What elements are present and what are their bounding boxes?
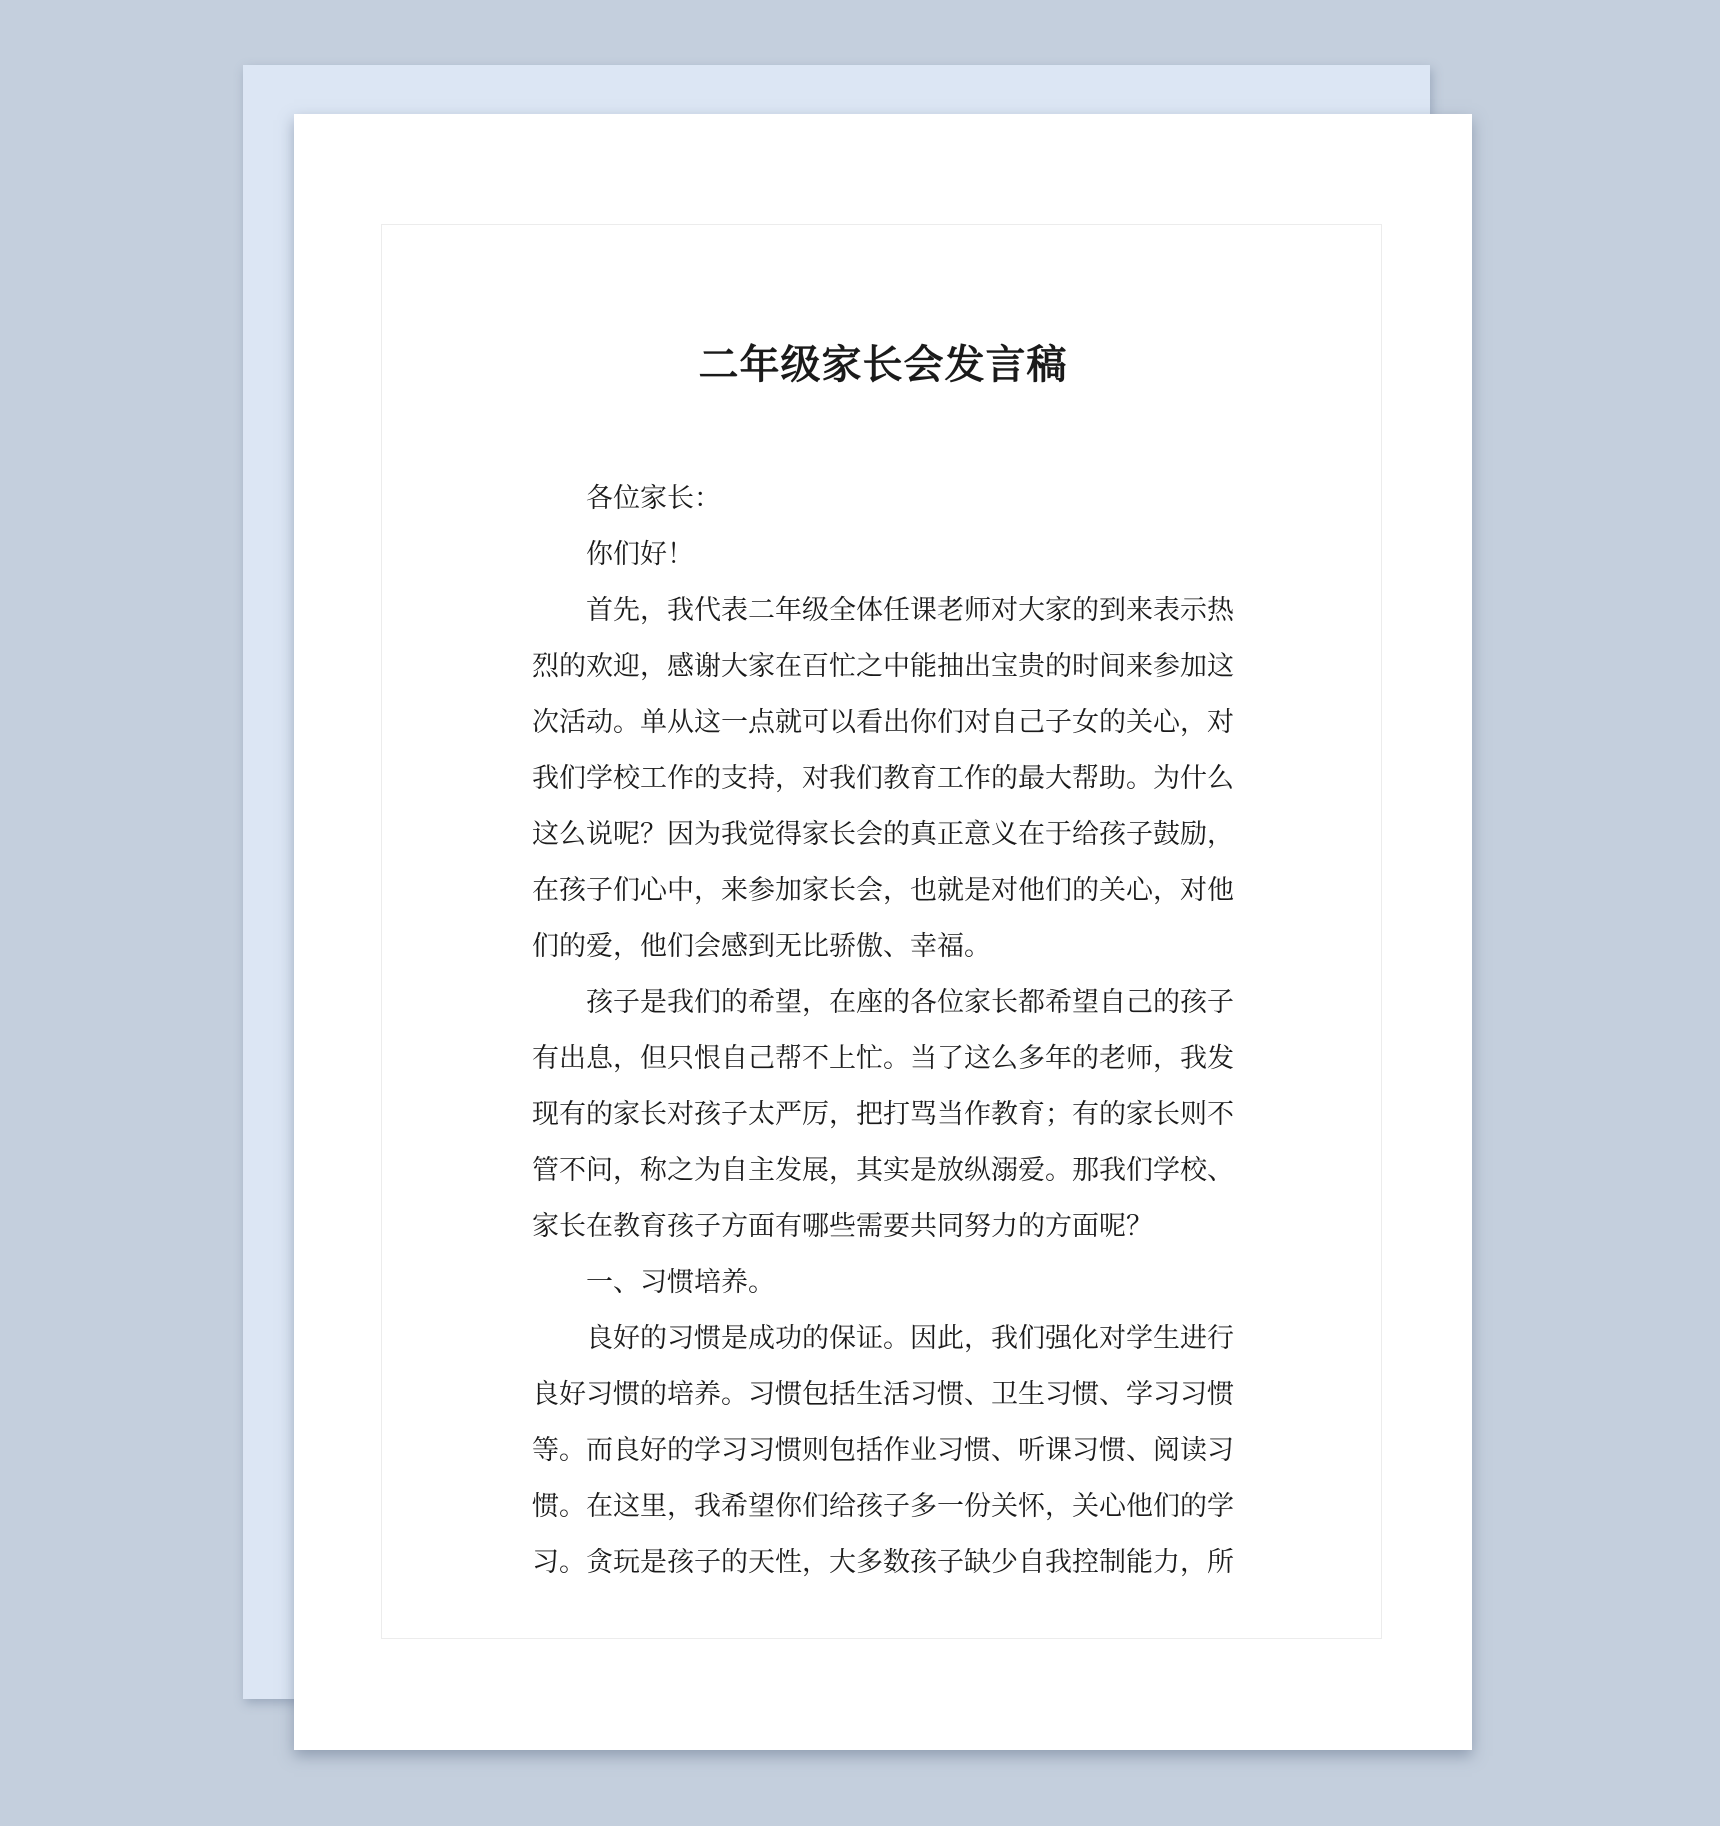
text-line: 孩子是我们的希望，在座的各位家长都希望自己的孩子 [532, 974, 1242, 1030]
text-line: 次活动。单从这一点就可以看出你们对自己子女的关心，对 [532, 694, 1242, 750]
text-line: 你们好！ [532, 526, 1242, 582]
text-line: 们的爱，他们会感到无比骄傲、幸福。 [532, 918, 1242, 974]
paragraph: 孩子是我们的希望，在座的各位家长都希望自己的孩子有出息，但只恨自己帮不上忙。当了… [532, 974, 1242, 1254]
document-body: 各位家长：你们好！首先，我代表二年级全体任课老师对大家的到来表示热烈的欢迎，感谢… [532, 470, 1242, 1590]
paragraph: 首先，我代表二年级全体任课老师对大家的到来表示热烈的欢迎，感谢大家在百忙之中能抽… [532, 582, 1242, 974]
paragraph: 一、习惯培养。 [532, 1254, 1242, 1310]
paragraph: 各位家长： [532, 470, 1242, 526]
text-line: 惯。在这里，我希望你们给孩子多一份关怀，关心他们的学 [532, 1478, 1242, 1534]
text-line: 家长在教育孩子方面有哪些需要共同努力的方面呢？ [532, 1198, 1242, 1254]
text-line: 一、习惯培养。 [532, 1254, 1242, 1310]
document-page: 二年级家长会发言稿 各位家长：你们好！首先，我代表二年级全体任课老师对大家的到来… [294, 114, 1472, 1750]
text-line: 管不问，称之为自主发展，其实是放纵溺爱。那我们学校、 [532, 1142, 1242, 1198]
text-line: 习。贪玩是孩子的天性，大多数孩子缺少自我控制能力，所 [532, 1534, 1242, 1590]
text-line: 首先，我代表二年级全体任课老师对大家的到来表示热 [532, 582, 1242, 638]
text-line: 等。而良好的学习习惯则包括作业习惯、听课习惯、阅读习 [532, 1422, 1242, 1478]
text-line: 在孩子们心中，来参加家长会，也就是对他们的关心，对他 [532, 862, 1242, 918]
text-line: 有出息，但只恨自己帮不上忙。当了这么多年的老师，我发 [532, 1030, 1242, 1086]
text-line: 良好习惯的培养。习惯包括生活习惯、卫生习惯、学习习惯 [532, 1366, 1242, 1422]
text-line: 我们学校工作的支持，对我们教育工作的最大帮助。为什么 [532, 750, 1242, 806]
backdrop: 二年级家长会发言稿 各位家长：你们好！首先，我代表二年级全体任课老师对大家的到来… [0, 0, 1720, 1826]
document-title: 二年级家长会发言稿 [294, 342, 1472, 388]
text-line: 现有的家长对孩子太严厉，把打骂当作教育；有的家长则不 [532, 1086, 1242, 1142]
text-line: 各位家长： [532, 470, 1242, 526]
text-line: 烈的欢迎，感谢大家在百忙之中能抽出宝贵的时间来参加这 [532, 638, 1242, 694]
paragraph: 你们好！ [532, 526, 1242, 582]
paragraph: 良好的习惯是成功的保证。因此，我们强化对学生进行良好习惯的培养。习惯包括生活习惯… [532, 1310, 1242, 1590]
text-line: 这么说呢？因为我觉得家长会的真正意义在于给孩子鼓励， [532, 806, 1242, 862]
text-line: 良好的习惯是成功的保证。因此，我们强化对学生进行 [532, 1310, 1242, 1366]
